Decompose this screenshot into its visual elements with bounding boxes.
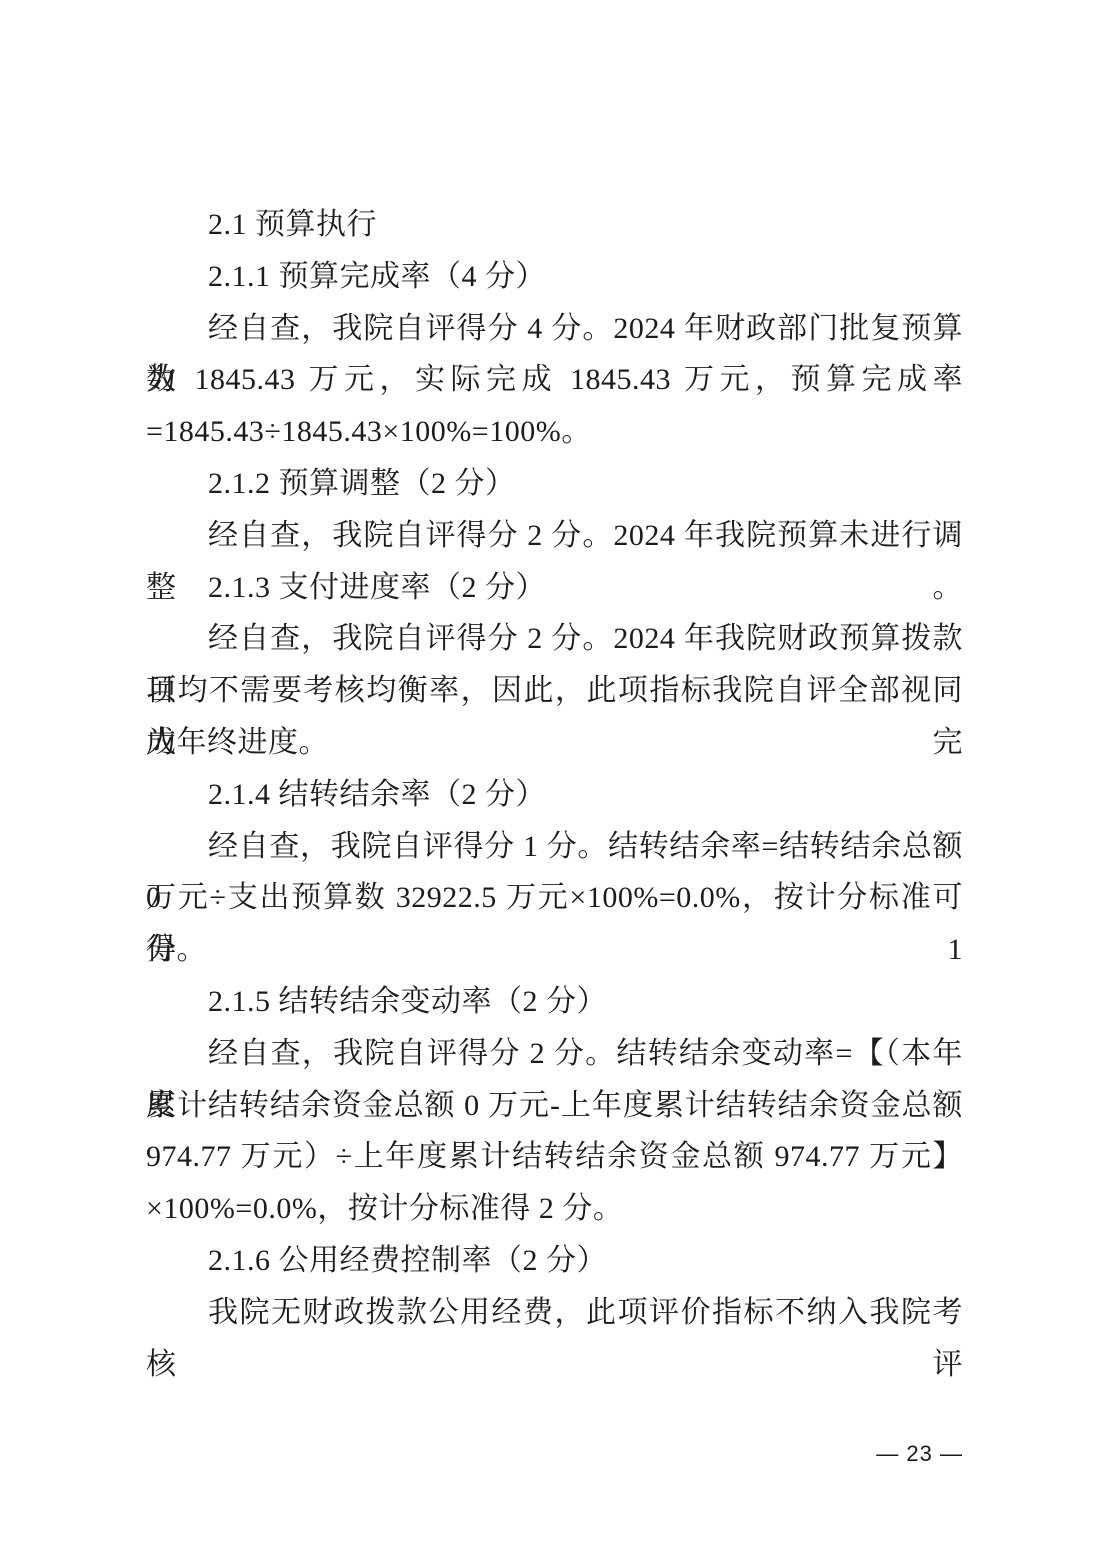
text-line: 万元÷支出预算数 32922.5 万元×100%=0.0%，按计分标准可得 1: [146, 872, 963, 924]
text-line: 目均不需要考核均衡率，因此，此项指标我院自评全部视同为完: [146, 665, 963, 717]
text-line: 经自查，我院自评得分 2 分。结转结余变动率=【（本年度: [146, 1028, 963, 1080]
heading-2-1: 2.1 预算执行: [146, 199, 963, 251]
heading-2-1-1: 2.1.1 预算完成率（4 分）: [146, 251, 963, 303]
heading-2-1-2: 2.1.2 预算调整（2 分）: [146, 458, 963, 510]
heading-2-1-5: 2.1.5 结转结余变动率（2 分）: [146, 976, 963, 1028]
heading-2-1-4: 2.1.4 结转结余率（2 分）: [146, 769, 963, 821]
document-body: 2.1 预算执行 2.1.1 预算完成率（4 分） 经自查，我院自评得分 4 分…: [146, 199, 963, 1339]
text-line: 经自查，我院自评得分 2 分。2024 年我院预算未进行调整。: [146, 510, 963, 562]
text-line: 累计结转结余资金总额 0 万元-上年度累计结转结余资金总额: [146, 1080, 963, 1132]
text-line: 经自查，我院自评得分 4 分。2024 年财政部门批复预算数: [146, 303, 963, 355]
text-line: 我院无财政拨款公用经费，此项评价指标不纳入我院考核评: [146, 1287, 963, 1339]
text-line: 974.77 万元）÷上年度累计结转结余资金总额 974.77 万元】: [146, 1131, 963, 1183]
text-line: 经自查，我院自评得分 2 分。2024 年我院财政预算拨款项: [146, 613, 963, 665]
text-line: =1845.43÷1845.43×100%=100%。: [146, 406, 963, 458]
text-line: 经自查，我院自评得分 1 分。结转结余率=结转结余总额 0: [146, 821, 963, 873]
heading-2-1-6: 2.1.6 公用经费控制率（2 分）: [146, 1235, 963, 1287]
page-number: — 23 —: [876, 1441, 963, 1467]
text-line: ×100%=0.0%，按计分标准得 2 分。: [146, 1183, 963, 1235]
text-line: 为 1845.43 万元，实际完成 1845.43 万元，预算完成率: [146, 354, 963, 406]
document-page: 2.1 预算执行 2.1.1 预算完成率（4 分） 经自查，我院自评得分 4 分…: [0, 0, 1100, 1555]
